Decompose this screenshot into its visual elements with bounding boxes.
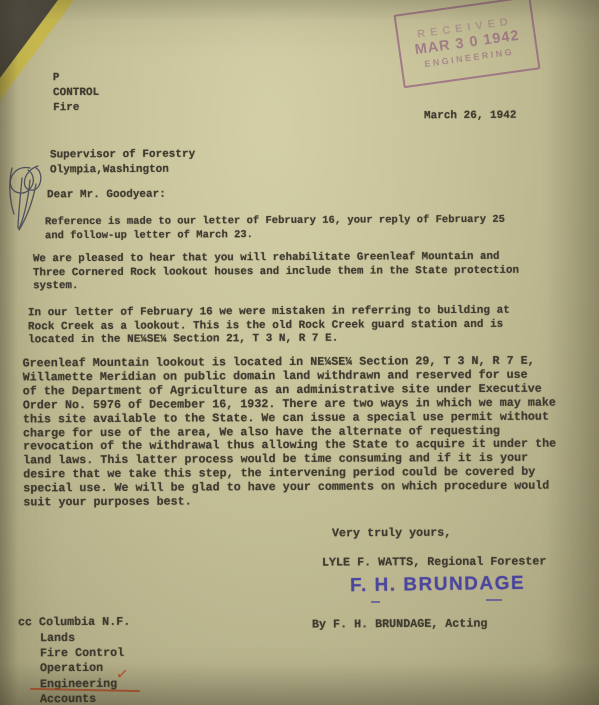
scanned-letter-photo: RECEIVED MAR 3 0 1942 ENGINEERING P CONT… (0, 0, 599, 705)
cc-item-fire-control: Fire Control (40, 646, 124, 660)
cc-header: cc Columbia N.F. (18, 615, 130, 630)
paragraph-greenleaf: Greenleaf Mountain lookout is located in… (23, 355, 557, 511)
letter-date: March 26, 1942 (424, 110, 516, 122)
paragraph-rehabilitate: We are pleased to hear that you will reh… (33, 251, 519, 294)
signature-ink-mark (371, 601, 380, 603)
file-heading: P CONTROL Fire (53, 71, 99, 116)
cc-item-operation: Operation (40, 661, 103, 675)
pen-scribble-icon (0, 158, 54, 240)
salutation: Dear Mr. Goodyear: (47, 189, 166, 202)
signature-stamp: F. H. BRUNDAGE (350, 573, 525, 597)
typed-signature: LYLE F. WATTS, Regional Forester (322, 554, 547, 569)
paragraph-rock-creek: In our letter of February 16 we were mis… (28, 305, 510, 348)
recipient-address: Supervisor of Forestry Olympia,Washingto… (50, 148, 195, 178)
paragraph-reference: Reference is made to our letter of Febru… (45, 214, 505, 243)
cc-item-accounts: Accounts (40, 692, 96, 705)
closing-line: Very truly yours, (332, 526, 451, 541)
signature-ink-mark (486, 599, 502, 601)
signed-by-line: By F. H. BRUNDAGE, Acting (312, 617, 487, 632)
received-stamp: RECEIVED MAR 3 0 1942 ENGINEERING (394, 0, 541, 88)
cc-item-lands: Lands (40, 631, 75, 645)
red-check-icon: ✓ (115, 664, 130, 684)
